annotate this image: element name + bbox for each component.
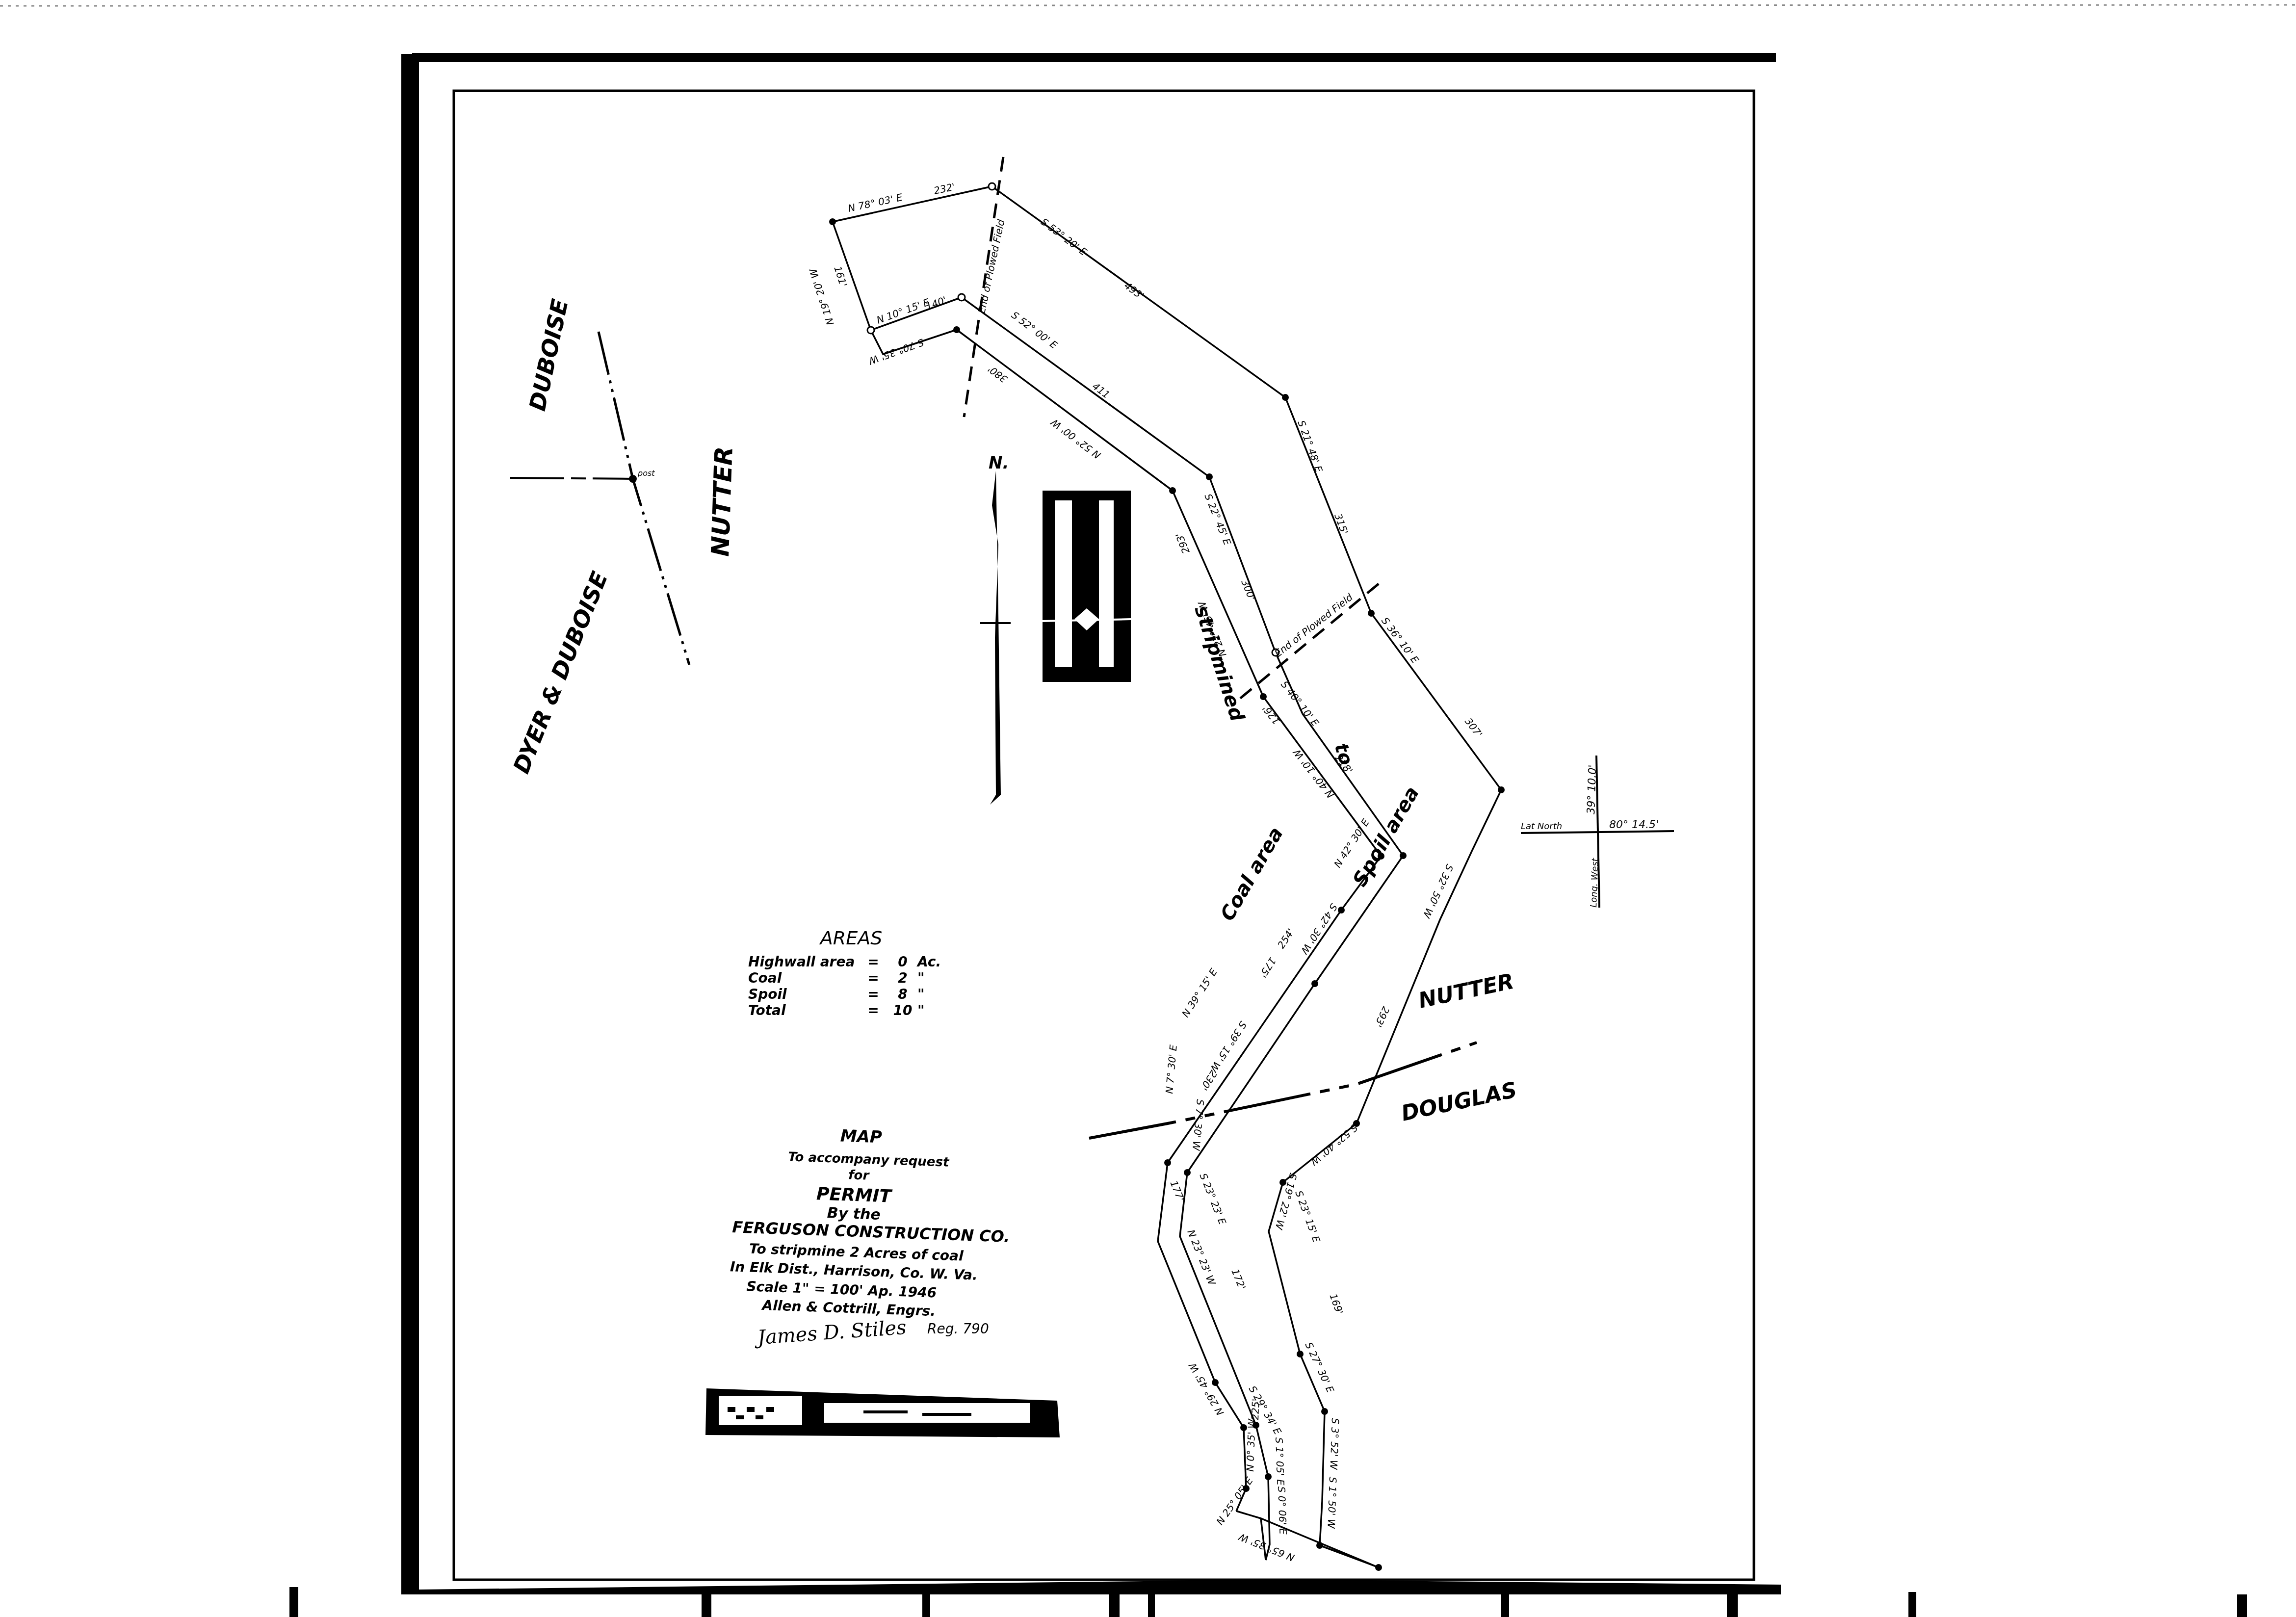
svg-text:S 0° 06' E: S 0° 06' E bbox=[1276, 1486, 1289, 1535]
areas-row-label: Coal bbox=[748, 970, 782, 986]
svg-text:S 1° 50' W: S 1° 50' W bbox=[1325, 1477, 1339, 1529]
areas-row-value: 10 bbox=[893, 1002, 913, 1018]
areas-row-value: 0 bbox=[898, 954, 907, 970]
engineer-seal-stamp bbox=[1043, 491, 1131, 682]
areas-row-value: 8 bbox=[898, 986, 907, 1002]
svg-text:80° 14.5': 80° 14.5' bbox=[1609, 819, 1659, 831]
areas-row-unit: " bbox=[917, 1002, 925, 1018]
svg-text:N 0° 35' W: N 0° 35' W bbox=[1244, 1418, 1258, 1472]
registration-number: Reg. 790 bbox=[927, 1321, 989, 1337]
areas-row-unit: Ac. bbox=[916, 954, 941, 970]
post-label: post bbox=[637, 469, 655, 478]
areas-row-equals: = bbox=[867, 954, 879, 970]
areas-row-label: Highwall area bbox=[748, 954, 855, 970]
svg-text:S 1° 05' E: S 1° 05' E bbox=[1273, 1437, 1286, 1486]
areas-row-label: Spoil bbox=[748, 986, 787, 1002]
north-label: N. bbox=[989, 453, 1009, 473]
svg-text:39° 10.0': 39° 10.0' bbox=[1585, 764, 1599, 814]
areas-row-equals: = bbox=[867, 970, 879, 986]
scan-frame bbox=[0, 0, 2296, 1617]
areas-row-equals: = bbox=[867, 986, 879, 1002]
title-line: MAP bbox=[840, 1126, 882, 1148]
areas-heading: AREAS bbox=[819, 927, 883, 949]
areas-row-value: 2 bbox=[898, 970, 907, 986]
areas-row-unit: " bbox=[917, 970, 925, 986]
svg-text:225': 225' bbox=[1249, 1399, 1262, 1420]
title-line: for bbox=[848, 1168, 870, 1183]
svg-text:S 3° 52' W: S 3° 52' W bbox=[1328, 1418, 1341, 1470]
svg-text:Long. West: Long. West bbox=[1589, 858, 1601, 908]
areas-row-unit: " bbox=[917, 986, 925, 1002]
title-line: PERMIT bbox=[816, 1184, 892, 1206]
title-line: By the bbox=[827, 1204, 881, 1224]
survey-map-scan: post DUBOISE DYER & DUBOISE NUTTER bbox=[0, 0, 2296, 1617]
owner-nutter-west: NUTTER bbox=[706, 446, 738, 557]
areas-row-label: Total bbox=[748, 1002, 786, 1018]
svg-text:Lat North: Lat North bbox=[1521, 821, 1562, 832]
areas-row-equals: = bbox=[867, 1002, 879, 1018]
